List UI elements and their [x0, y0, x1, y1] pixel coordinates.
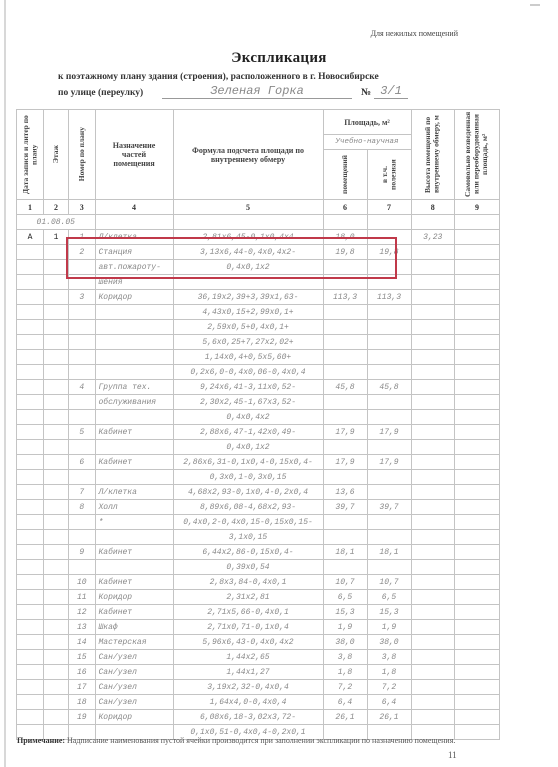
table-row: 0,3х0,1-0,3х0,15 — [17, 470, 500, 485]
area-rooms: 39,7 — [323, 500, 367, 515]
area-useful: 6,4 — [367, 695, 411, 710]
area-useful — [367, 335, 411, 350]
room-number — [69, 395, 96, 410]
room-number: 12 — [69, 605, 96, 620]
area-formula: 9,24х6,41-3,11х0,52- — [173, 380, 323, 395]
room-number — [69, 350, 96, 365]
area-formula: 3,19х2,32-0,4х0,4 — [173, 680, 323, 695]
room-number — [69, 365, 96, 380]
room-purpose — [95, 560, 173, 575]
room-height — [411, 605, 455, 620]
room-height — [411, 515, 455, 530]
document-subtitle: к поэтажному плану здания (строения), ра… — [58, 72, 379, 82]
literal — [17, 680, 44, 695]
room-height — [411, 440, 455, 455]
unauthorized-area — [455, 530, 500, 545]
room-number — [69, 410, 96, 425]
literal — [17, 695, 44, 710]
room-number: 3 — [69, 290, 96, 305]
literal — [17, 365, 44, 380]
column-number: 8 — [411, 200, 455, 215]
room-purpose: Кабинет — [95, 545, 173, 560]
document-title: Экспликация — [0, 50, 558, 67]
area-useful — [367, 410, 411, 425]
date-row: 01.08.05 — [17, 215, 500, 230]
room-number — [69, 305, 96, 320]
room-number: 19 — [69, 710, 96, 725]
room-height — [411, 620, 455, 635]
floor — [44, 275, 69, 290]
header-height: Высота помещений по внутреннему обмеру, … — [424, 110, 441, 199]
record-date: 01.08.05 — [17, 215, 96, 230]
room-height — [411, 545, 455, 560]
area-useful — [367, 305, 411, 320]
area-formula: 5,6х0,25+7,27х2,02+ — [173, 335, 323, 350]
column-numbers-row: 123456789 — [17, 200, 500, 215]
column-number: 5 — [173, 200, 323, 215]
room-purpose: Сан/узел — [95, 665, 173, 680]
room-height — [411, 410, 455, 425]
room-purpose: Сан/узел — [95, 695, 173, 710]
room-purpose — [95, 470, 173, 485]
document-kind: Для нежилых помещений — [371, 29, 458, 38]
area-useful: 7,2 — [367, 680, 411, 695]
literal — [17, 560, 44, 575]
unauthorized-area — [455, 650, 500, 665]
area-rooms: 7,2 — [323, 680, 367, 695]
literal — [17, 455, 44, 470]
area-rooms: 18,1 — [323, 545, 367, 560]
room-number: 18 — [69, 695, 96, 710]
literal — [17, 515, 44, 530]
header-area-type: Учебно-научная — [323, 135, 411, 150]
area-rooms: 1,9 — [323, 620, 367, 635]
area-formula: 2,59х0,5+0,4х0,1+ — [173, 320, 323, 335]
floor — [44, 695, 69, 710]
area-rooms — [323, 560, 367, 575]
area-rooms: 15,3 — [323, 605, 367, 620]
unauthorized-area — [455, 350, 500, 365]
table-row: 15Сан/узел1,44х2,653,83,8 — [17, 650, 500, 665]
room-purpose — [95, 350, 173, 365]
area-rooms — [323, 365, 367, 380]
unauthorized-area — [455, 665, 500, 680]
table-row: 0,2х6,0-0,4х0,06-0,4х0,4 — [17, 365, 500, 380]
room-height — [411, 500, 455, 515]
room-height — [411, 305, 455, 320]
floor — [44, 515, 69, 530]
literal — [17, 290, 44, 305]
unauthorized-area — [455, 575, 500, 590]
room-number: 10 — [69, 575, 96, 590]
area-formula: 36,19х2,39+3,39х1,63- — [173, 290, 323, 305]
unauthorized-area — [455, 545, 500, 560]
area-rooms — [323, 335, 367, 350]
area-formula: 2,88х6,47-1,42х0,49- — [173, 425, 323, 440]
room-number: 5 — [69, 425, 96, 440]
column-number: 3 — [69, 200, 96, 215]
unauthorized-area — [455, 395, 500, 410]
column-number: 2 — [44, 200, 69, 215]
number-value: 3/1 — [374, 84, 408, 99]
room-purpose — [95, 440, 173, 455]
table-row: 5,6х0,25+7,27х2,02+ — [17, 335, 500, 350]
floor — [44, 305, 69, 320]
room-number — [69, 560, 96, 575]
room-height — [411, 395, 455, 410]
unauthorized-area — [455, 680, 500, 695]
area-useful — [367, 560, 411, 575]
area-formula: 1,44х2,65 — [173, 650, 323, 665]
unauthorized-area — [455, 485, 500, 500]
area-rooms: 38,0 — [323, 635, 367, 650]
unauthorized-area — [455, 605, 500, 620]
room-number: 16 — [69, 665, 96, 680]
area-rooms: 17,9 — [323, 455, 367, 470]
area-formula: 1,14х0,4+0,5х5,60+ — [173, 350, 323, 365]
floor — [44, 635, 69, 650]
floor — [44, 455, 69, 470]
room-height — [411, 335, 455, 350]
floor — [44, 290, 69, 305]
floor — [44, 590, 69, 605]
room-number: 7 — [69, 485, 96, 500]
room-number — [69, 530, 96, 545]
literal — [17, 470, 44, 485]
unauthorized-area — [455, 620, 500, 635]
header-unauthorized-area: Самовольно возведенная или переоборудова… — [464, 110, 490, 199]
area-rooms — [323, 530, 367, 545]
area-useful: 1,8 — [367, 665, 411, 680]
literal — [17, 275, 44, 290]
room-number — [69, 470, 96, 485]
table-row: 8Холл8,89х6,08-4,68х2,93-39,739,7 — [17, 500, 500, 515]
area-formula: 3,1х0,15 — [173, 530, 323, 545]
unauthorized-area — [455, 335, 500, 350]
area-formula: 0,4х0,1х2 — [173, 440, 323, 455]
area-formula: 8,89х6,08-4,68х2,93- — [173, 500, 323, 515]
unauthorized-area — [455, 425, 500, 440]
street-value: Зеленая Горка — [162, 84, 352, 99]
floor — [44, 245, 69, 260]
room-purpose: Коридор — [95, 710, 173, 725]
room-height — [411, 485, 455, 500]
area-useful — [367, 350, 411, 365]
unauthorized-area — [455, 320, 500, 335]
unauthorized-area — [455, 455, 500, 470]
unauthorized-area — [455, 275, 500, 290]
literal — [17, 320, 44, 335]
room-purpose: Кабинет — [95, 575, 173, 590]
literal — [17, 485, 44, 500]
room-purpose: Л/клетка — [95, 485, 173, 500]
table-row: 10Кабинет2,8х3,84-0,4х0,110,710,7 — [17, 575, 500, 590]
room-height — [411, 365, 455, 380]
area-useful — [367, 530, 411, 545]
floor — [44, 425, 69, 440]
area-rooms: 3,8 — [323, 650, 367, 665]
area-rooms: 6,5 — [323, 590, 367, 605]
number-label: № — [361, 87, 371, 98]
room-number: 9 — [69, 545, 96, 560]
room-number — [69, 335, 96, 350]
literal — [17, 260, 44, 275]
area-useful — [367, 515, 411, 530]
room-height — [411, 695, 455, 710]
room-purpose: Кабинет — [95, 455, 173, 470]
table-row: 6Кабинет2,86х6,31-0,1х0,4-0,15х0,4-17,91… — [17, 455, 500, 470]
header-plan-number: Номер по плану — [78, 127, 87, 181]
table-row: 13Шкаф2,71х0,71-0,1х0,41,91,9 — [17, 620, 500, 635]
column-number: 7 — [367, 200, 411, 215]
column-number: 1 — [17, 200, 44, 215]
header-floor: Этаж — [52, 145, 61, 163]
area-formula: 5,96х6,43-0,4х0,4х2 — [173, 635, 323, 650]
area-useful: 113,3 — [367, 290, 411, 305]
unauthorized-area — [455, 560, 500, 575]
unauthorized-area — [455, 290, 500, 305]
table-row: 14Мастерская5,96х6,43-0,4х0,4х238,038,0 — [17, 635, 500, 650]
area-formula: 2,71х5,66-0,4х0,1 — [173, 605, 323, 620]
area-rooms — [323, 515, 367, 530]
room-purpose: * — [95, 515, 173, 530]
floor — [44, 350, 69, 365]
area-useful — [367, 365, 411, 380]
literal — [17, 710, 44, 725]
area-rooms: 6,4 — [323, 695, 367, 710]
literal — [17, 665, 44, 680]
area-useful — [367, 395, 411, 410]
area-formula: 0,4х0,4х2 — [173, 410, 323, 425]
area-useful: 3,8 — [367, 650, 411, 665]
floor — [44, 470, 69, 485]
room-height — [411, 710, 455, 725]
room-number: 6 — [69, 455, 96, 470]
floor — [44, 680, 69, 695]
room-height — [411, 245, 455, 260]
room-purpose: обслуживания — [95, 395, 173, 410]
literal — [17, 650, 44, 665]
area-formula: 6,44х2,86-0,15х0,4- — [173, 545, 323, 560]
room-purpose — [95, 365, 173, 380]
unauthorized-area — [455, 440, 500, 455]
table-row: 0,4х0,1х2 — [17, 440, 500, 455]
page-number: 11 — [448, 750, 457, 760]
area-useful — [367, 320, 411, 335]
area-formula: 2,30х2,45-1,67х3,52- — [173, 395, 323, 410]
table-row: 0,39х0,54 — [17, 560, 500, 575]
area-rooms: 10,7 — [323, 575, 367, 590]
literal — [17, 305, 44, 320]
unauthorized-area — [455, 365, 500, 380]
table-row: 7Л/клетка4,68х2,93-0,1х0,4-0,2х0,413,6 — [17, 485, 500, 500]
room-height — [411, 530, 455, 545]
table-row: *0,4х0,2-0,4х0,15-0,15х0,15- — [17, 515, 500, 530]
table-row: 3,1х0,15 — [17, 530, 500, 545]
street-label: по улице (переулку) — [58, 88, 143, 98]
room-height — [411, 455, 455, 470]
area-formula: 0,4х0,2-0,4х0,15-0,15х0,15- — [173, 515, 323, 530]
unauthorized-area — [455, 470, 500, 485]
column-number: 6 — [323, 200, 367, 215]
area-useful: 17,9 — [367, 425, 411, 440]
literal: А — [17, 230, 44, 245]
table-row: 9Кабинет6,44х2,86-0,15х0,4-18,118,1 — [17, 545, 500, 560]
area-useful: 26,1 — [367, 710, 411, 725]
area-rooms: 1,8 — [323, 665, 367, 680]
table-row: 2,59х0,5+0,4х0,1+ — [17, 320, 500, 335]
floor — [44, 320, 69, 335]
floor — [44, 485, 69, 500]
unauthorized-area — [455, 590, 500, 605]
floor — [44, 560, 69, 575]
area-formula: 1,44х1,27 — [173, 665, 323, 680]
area-formula: 0,3х0,1-0,3х0,15 — [173, 470, 323, 485]
area-rooms — [323, 320, 367, 335]
floor — [44, 650, 69, 665]
room-height — [411, 260, 455, 275]
floor — [44, 440, 69, 455]
header-area-useful: в т.ч. полезная — [381, 150, 398, 199]
unauthorized-area — [455, 710, 500, 725]
room-purpose: Кабинет — [95, 605, 173, 620]
area-formula: 6,08х6,18-3,02х3,72- — [173, 710, 323, 725]
area-rooms — [323, 395, 367, 410]
header-area-rooms: помещений — [341, 155, 350, 194]
unauthorized-area — [455, 260, 500, 275]
footnote-label: Примечание: — [17, 736, 65, 745]
room-height — [411, 575, 455, 590]
area-useful: 17,9 — [367, 455, 411, 470]
floor — [44, 500, 69, 515]
table-row: 11Коридор2,31х2,816,56,5 — [17, 590, 500, 605]
literal — [17, 620, 44, 635]
area-formula: 0,2х6,0-0,4х0,06-0,4х0,4 — [173, 365, 323, 380]
table-row: обслуживания2,30х2,45-1,67х3,52- — [17, 395, 500, 410]
room-purpose: Сан/узел — [95, 680, 173, 695]
unauthorized-area — [455, 515, 500, 530]
area-rooms: 113,3 — [323, 290, 367, 305]
room-purpose: Кабинет — [95, 425, 173, 440]
area-formula: 2,8х3,84-0,4х0,1 — [173, 575, 323, 590]
area-formula: 1,64х4,0-0,4х0,4 — [173, 695, 323, 710]
table-row: 17Сан/узел3,19х2,32-0,4х0,47,27,2 — [17, 680, 500, 695]
literal — [17, 530, 44, 545]
table-row: 5Кабинет2,88х6,47-1,42х0,49-17,917,9 — [17, 425, 500, 440]
area-formula: 4,68х2,93-0,1х0,4-0,2х0,4 — [173, 485, 323, 500]
literal — [17, 500, 44, 515]
area-rooms: 17,9 — [323, 425, 367, 440]
unauthorized-area — [455, 725, 500, 740]
area-rooms — [323, 410, 367, 425]
area-useful — [367, 470, 411, 485]
room-height — [411, 380, 455, 395]
floor — [44, 380, 69, 395]
floor — [44, 335, 69, 350]
area-useful: 45,8 — [367, 380, 411, 395]
scan-mark — [530, 4, 540, 6]
unauthorized-area — [455, 635, 500, 650]
floor: 1 — [44, 230, 69, 245]
area-formula: 4,43х0,15+2,99х0,1+ — [173, 305, 323, 320]
room-purpose: Мастерская — [95, 635, 173, 650]
room-height — [411, 635, 455, 650]
literal — [17, 350, 44, 365]
area-rooms: 26,1 — [323, 710, 367, 725]
unauthorized-area — [455, 305, 500, 320]
literal — [17, 590, 44, 605]
room-purpose: Коридор — [95, 290, 173, 305]
area-useful: 10,7 — [367, 575, 411, 590]
table-row: 12Кабинет2,71х5,66-0,4х0,115,315,3 — [17, 605, 500, 620]
unauthorized-area — [455, 410, 500, 425]
header-purpose: Назначение частей помещения — [113, 141, 156, 168]
literal — [17, 335, 44, 350]
room-height — [411, 290, 455, 305]
room-height — [411, 275, 455, 290]
room-height: 3,23 — [411, 230, 455, 245]
area-formula: 2,86х6,31-0,1х0,4-0,15х0,4- — [173, 455, 323, 470]
literal — [17, 410, 44, 425]
floor — [44, 575, 69, 590]
header-date-literal: Дата записи и литер по плану — [22, 110, 39, 199]
literal — [17, 380, 44, 395]
table-row: 4Группа тех.9,24х6,41-3,11х0,52-45,845,8 — [17, 380, 500, 395]
area-rooms: 13,6 — [323, 485, 367, 500]
area-useful: 38,0 — [367, 635, 411, 650]
room-height — [411, 680, 455, 695]
column-number: 9 — [455, 200, 500, 215]
area-useful: 15,3 — [367, 605, 411, 620]
room-number — [69, 515, 96, 530]
table-row: 3Коридор36,19х2,39+3,39х1,63-113,3113,3 — [17, 290, 500, 305]
area-rooms — [323, 350, 367, 365]
floor — [44, 530, 69, 545]
area-rooms — [323, 305, 367, 320]
unauthorized-area — [455, 695, 500, 710]
area-rooms — [323, 440, 367, 455]
room-purpose — [95, 320, 173, 335]
room-height — [411, 470, 455, 485]
room-purpose: Сан/узел — [95, 650, 173, 665]
room-number: 15 — [69, 650, 96, 665]
room-number: 4 — [69, 380, 96, 395]
area-formula: 0,39х0,54 — [173, 560, 323, 575]
floor — [44, 620, 69, 635]
header-area: Площадь, м² — [323, 110, 411, 135]
unauthorized-area — [455, 230, 500, 245]
explication-table: Дата записи и литер по плану Этаж Номер … — [16, 109, 500, 740]
room-height — [411, 320, 455, 335]
table-row: 16Сан/узел1,44х1,271,81,8 — [17, 665, 500, 680]
table-row: 0,4х0,4х2 — [17, 410, 500, 425]
header-formula: Формула подсчета площади по внутреннему … — [192, 146, 304, 164]
table-row: 4,43х0,15+2,99х0,1+ — [17, 305, 500, 320]
room-purpose: Группа тех. — [95, 380, 173, 395]
room-purpose: Коридор — [95, 590, 173, 605]
floor — [44, 260, 69, 275]
column-number: 4 — [95, 200, 173, 215]
area-useful: 39,7 — [367, 500, 411, 515]
room-purpose — [95, 305, 173, 320]
literal — [17, 395, 44, 410]
floor — [44, 365, 69, 380]
room-purpose — [95, 335, 173, 350]
area-rooms — [323, 470, 367, 485]
unauthorized-area — [455, 380, 500, 395]
footnote-text: Надписание наименования пустой ячейки пр… — [65, 736, 455, 745]
area-useful — [367, 485, 411, 500]
